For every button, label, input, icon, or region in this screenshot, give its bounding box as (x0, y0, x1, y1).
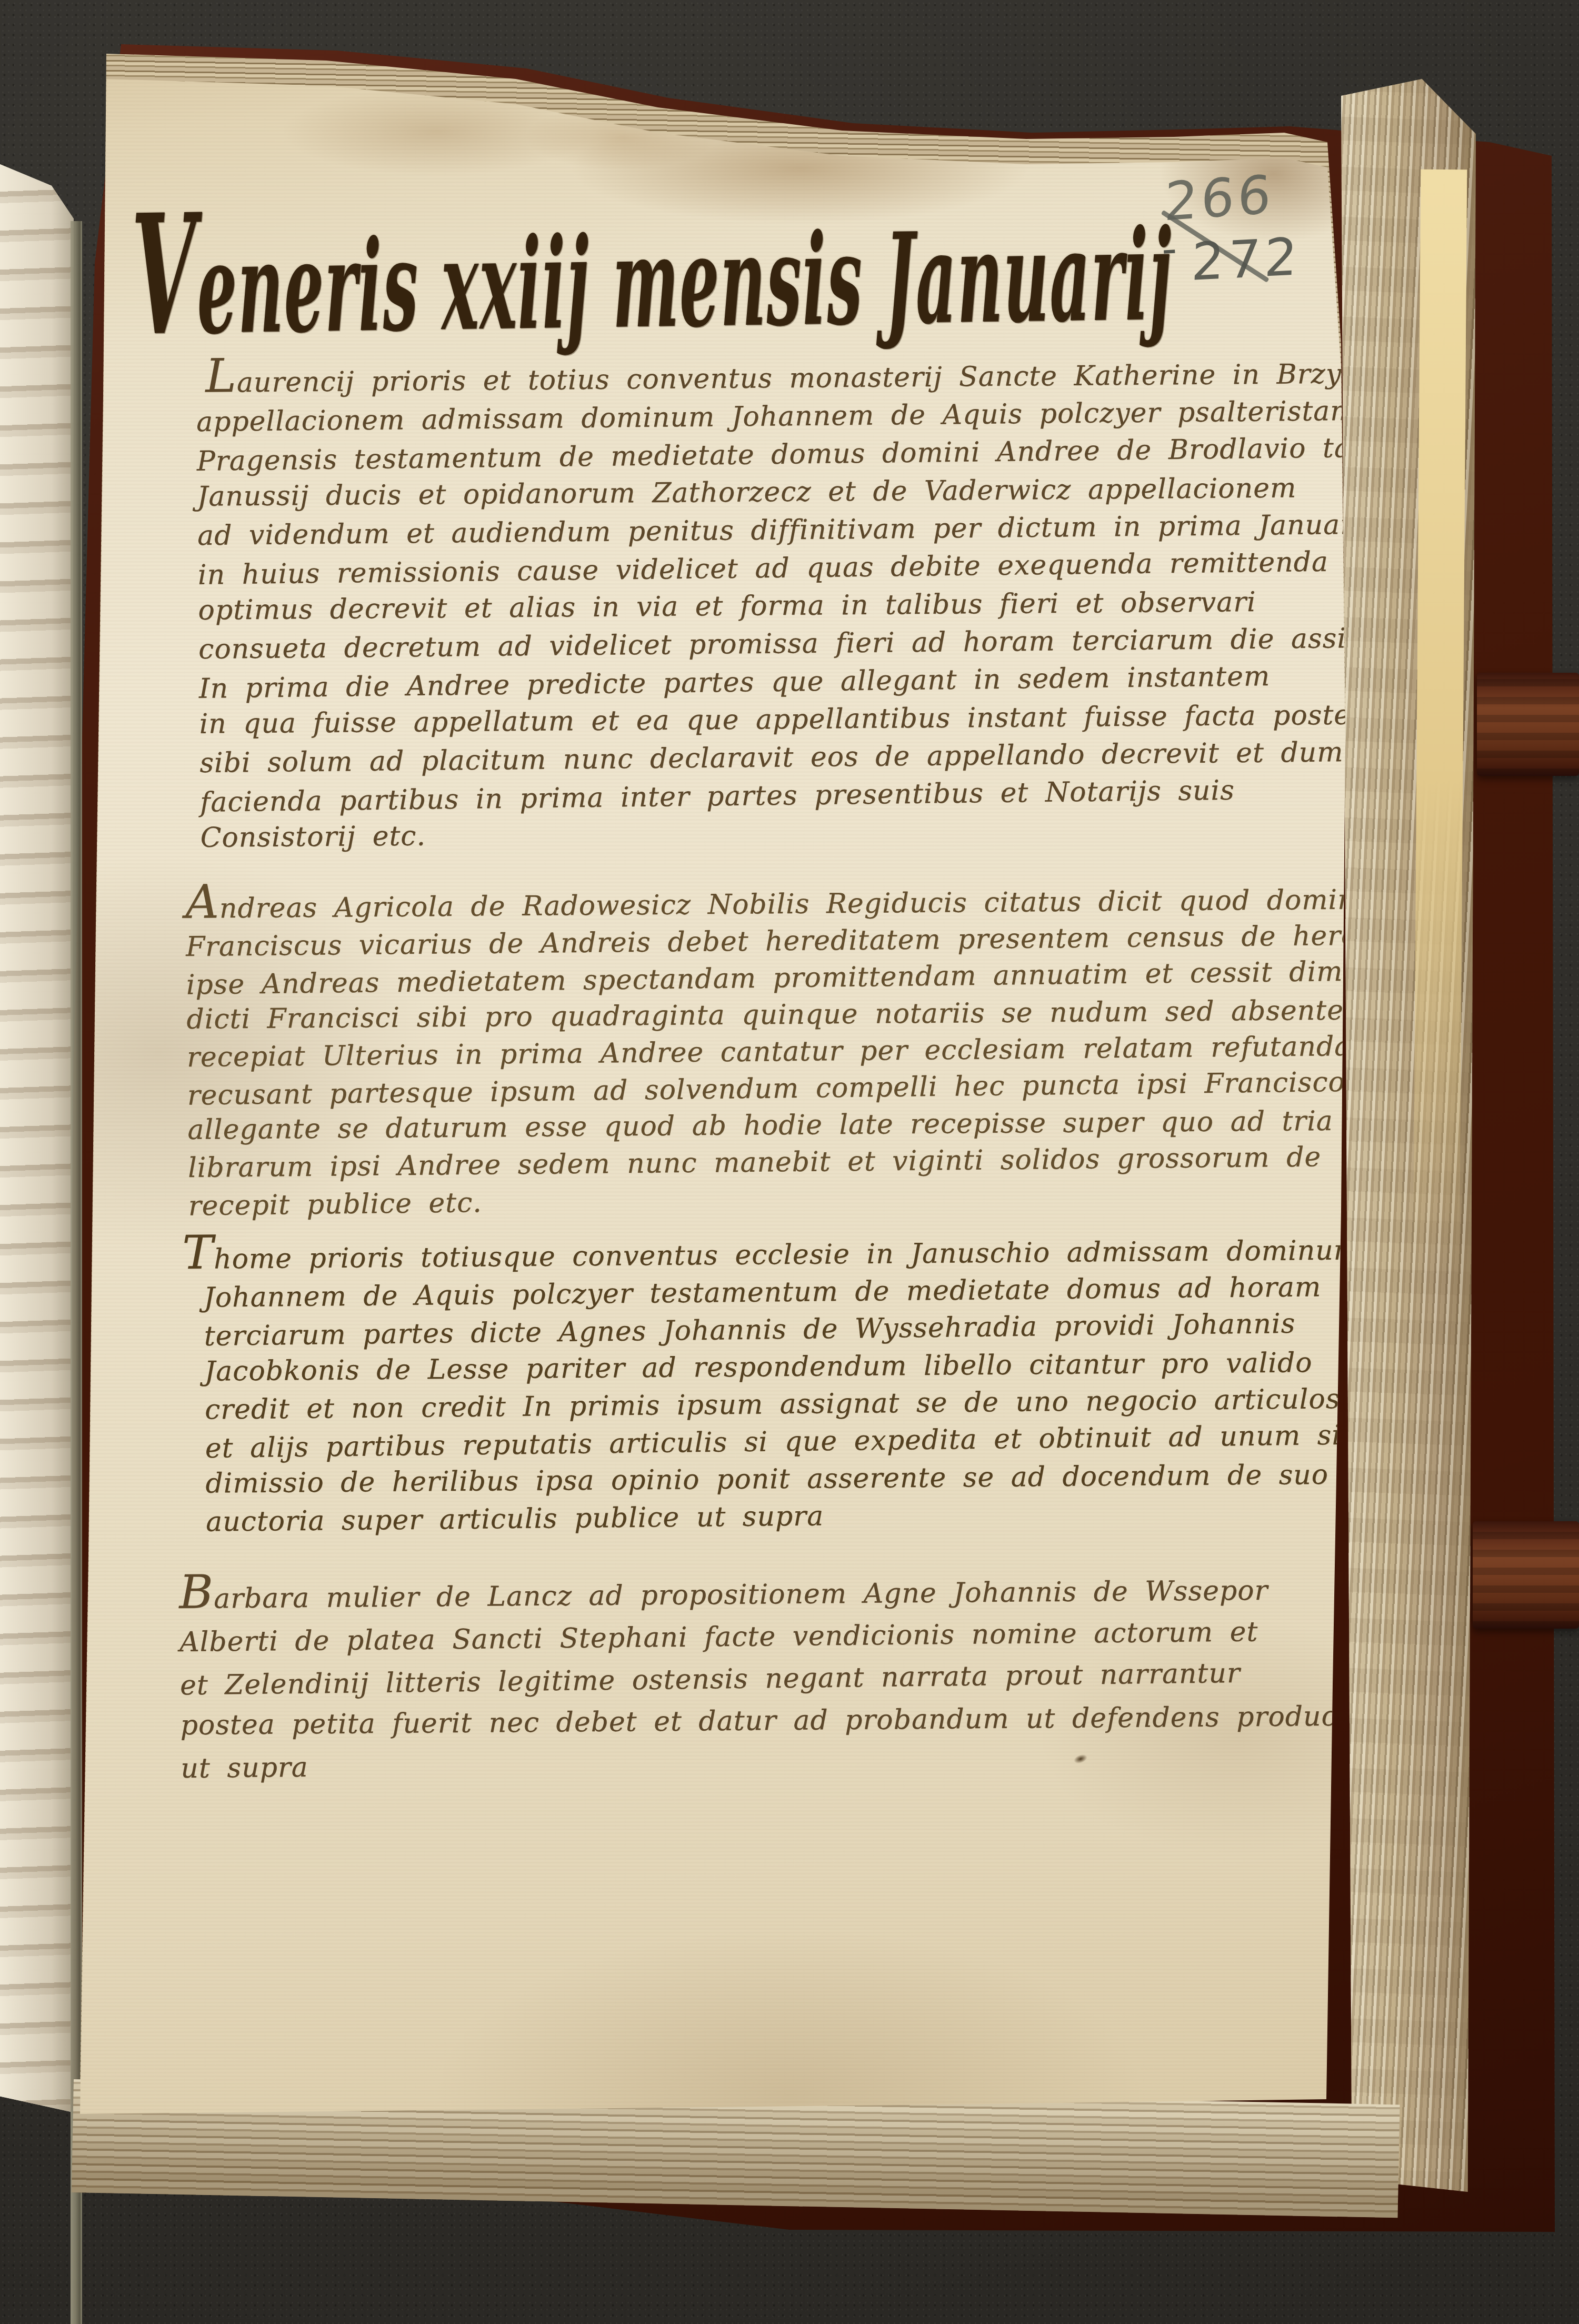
paragraph-1: Laurencij prioris et totius conventus mo… (196, 353, 1542, 858)
folio-number-current: 272 (1190, 227, 1302, 293)
leather-strap-bottom (1473, 1521, 1579, 1629)
glass-edge (71, 221, 82, 2324)
page-heading: Veneris xxiij mensis Januarij (131, 163, 1174, 372)
paragraph-2: Andreas Agricola de Radowesicz Nobilis R… (185, 879, 1478, 1223)
folio-number-current-row: -272 (1161, 217, 1302, 294)
paragraph-4: Barbara mulier de Lancz ad propositionem… (179, 1568, 1366, 1790)
manuscript-photo-scene: Veneris xxiij mensis Januarij 266 -272 L… (0, 0, 1579, 2324)
leather-strap-top (1477, 673, 1579, 776)
flyleaf-edge (1413, 169, 1467, 1275)
paragraph-3: Thome prioris totiusque conventus eccles… (182, 1231, 1395, 1541)
facing-page-fragment (0, 164, 74, 2112)
folio-dash: - (1161, 224, 1178, 273)
